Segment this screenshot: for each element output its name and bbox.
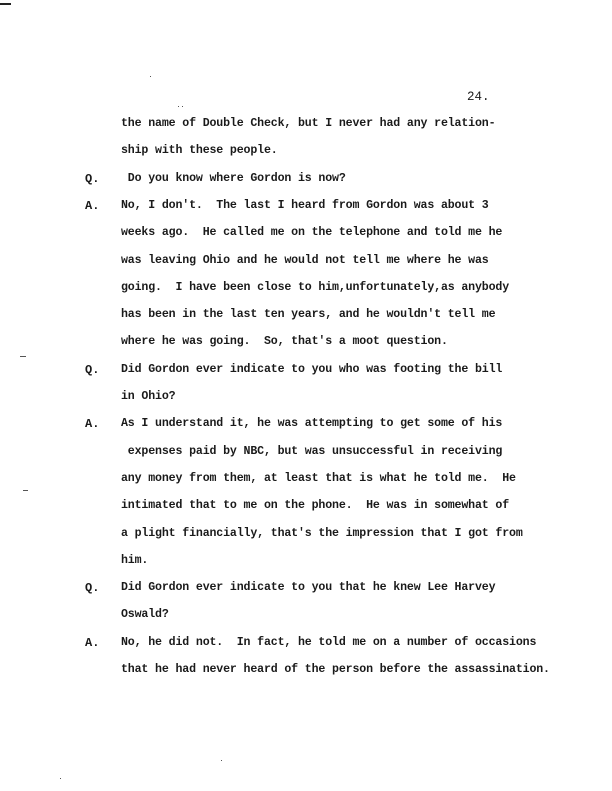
transcript-line: has been in the last ten years, and he w…	[121, 308, 495, 321]
transcript-line: the name of Double Check, but I never ha…	[121, 117, 495, 130]
transcript-line: No, I don't. The last I heard from Gordo…	[121, 199, 489, 212]
transcript-line: Did Gordon ever indicate to you who was …	[121, 363, 502, 376]
transcript-line: Do you know where Gordon is now?	[121, 172, 346, 185]
answer-label: A.	[85, 199, 99, 213]
transcript-line: where he was going. So, that's a moot qu…	[121, 335, 448, 348]
question-label: Q.	[85, 172, 99, 186]
transcript-line: intimated that to me on the phone. He wa…	[121, 499, 509, 512]
transcript-line: expenses paid by NBC, but was unsuccessf…	[121, 445, 502, 458]
transcript-line: ship with these people.	[121, 144, 278, 157]
page-number: 24.	[467, 90, 490, 104]
scan-corner-mark	[0, 3, 11, 5]
transcript-line: going. I have been close to him,unfortun…	[121, 281, 509, 294]
transcript-line: Did Gordon ever indicate to you that he …	[121, 581, 495, 594]
transcript-line: any money from them, at least that is wh…	[121, 472, 516, 485]
scan-speck	[221, 760, 222, 761]
transcript-line: was leaving Ohio and he would not tell m…	[121, 254, 489, 267]
scan-speck	[178, 106, 179, 107]
answer-label: A.	[85, 417, 99, 431]
question-label: Q.	[85, 363, 99, 377]
scan-speck	[23, 490, 28, 491]
transcript-line: As I understand it, he was attempting to…	[121, 417, 502, 430]
transcript-line: weeks ago. He called me on the telephone…	[121, 226, 502, 239]
scan-speck	[150, 76, 151, 77]
transcript-line: Oswald?	[121, 608, 169, 621]
scan-speck	[60, 778, 61, 779]
question-label: Q.	[85, 581, 99, 595]
answer-label: A.	[85, 636, 99, 650]
transcript-line: No, he did not. In fact, he told me on a…	[121, 636, 536, 649]
transcript-line: in Ohio?	[121, 390, 175, 403]
scan-speck	[182, 106, 183, 107]
scan-speck	[20, 356, 26, 357]
transcript-line: a plight financially, that's the impress…	[121, 527, 523, 540]
transcript-line: him.	[121, 554, 148, 567]
transcript-line: that he had never heard of the person be…	[121, 663, 550, 676]
